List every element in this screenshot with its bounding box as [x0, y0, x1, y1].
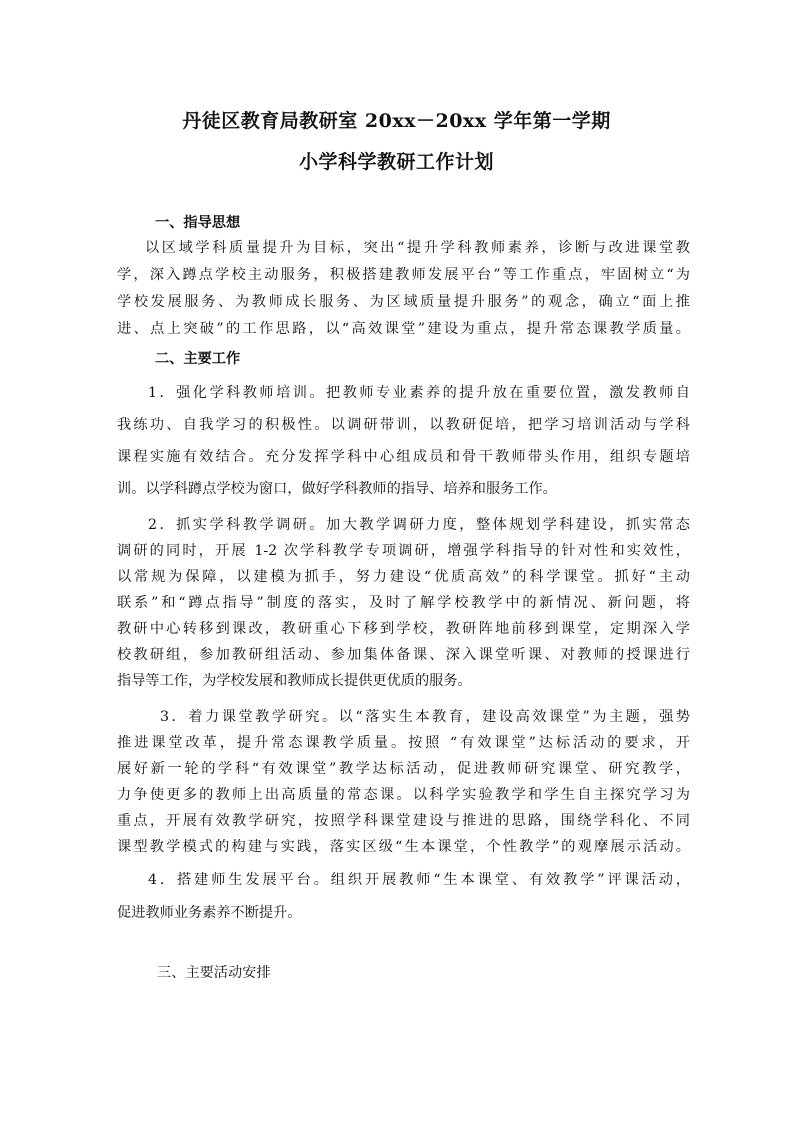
paragraph-line: 以常规为保障，以建模为抓手，努力建设“优质高效”的科学课堂。抓好“主动: [117, 567, 690, 587]
document-page: 丹徒区教育局教研室 20xx－20xx 学年第一学期 小学科学教研工作计划 一、…: [0, 0, 793, 1122]
paragraph-line: 我练功、自我学习的积极性。以调研带训，以教研促培，把学习培训活动与学科: [117, 415, 690, 435]
paragraph-line: 训。以学科蹲点学校为窗口，做好学科教师的指导、培养和服务工作。: [117, 479, 690, 499]
section-heading-main-activities: 三、主要活动安排: [157, 963, 271, 983]
document-title-line1: 丹徒区教育局教研室 20xx－20xx 学年第一学期: [0, 106, 793, 133]
paragraph-line: 重点，开展有效教学研究，按照学科课堂建设与推进的思路，围绕学科化、不同: [117, 811, 690, 831]
section-heading-guiding-ideology: 一、指导思想: [155, 213, 240, 233]
paragraph-line: 3．着力课堂教学研究。以“落实生本教育，建设高效课堂”为主题，强势: [160, 707, 690, 727]
paragraph-line: 课程实施有效结合。充分发挥学科中心组成员和骨干教师带头作用，组织专题培: [117, 447, 690, 467]
paragraph-line: 1．强化学科教师培训。把教师专业素养的提升放在重要位置，激发教师自: [148, 383, 690, 403]
paragraph-line: 2．抓实学科教学调研。加大教学调研力度，整体规划学科建设，抓实常态: [148, 515, 690, 535]
paragraph-line: 进、点上突破”的工作思路，以“高效课堂”建设为重点，提升常态课教学质量。: [117, 319, 690, 339]
paragraph-line: 课型教学模式的构建与实践，落实区级“生本课堂，个性教学”的观摩展示活动。: [117, 837, 690, 857]
paragraph-line: 学，深入蹲点学校主动服务，积极搭建教师发展平台”等工作重点，牢固树立“为: [117, 265, 690, 285]
paragraph-line: 教研中心转移到课改，教研重心下移到学校，教研阵地前移到课堂，定期深入学: [117, 619, 690, 639]
paragraph-line: 推进课堂改革，提升常态课教学质量。按照 “有效课堂”达标活动的要求，开: [117, 733, 690, 753]
section-heading-main-work: 二、主要工作: [155, 349, 240, 369]
paragraph-line: 校教研组，参加教研组活动、参加集体备课、深入课堂听课、对教师的授课进行: [117, 645, 690, 665]
paragraph-line: 展好新一轮的学科“有效课堂”教学达标活动，促进教师研究课堂、研究教学，: [117, 759, 690, 779]
paragraph-line: 指导等工作，为学校发展和教师成长提供更优质的服务。: [117, 671, 690, 691]
paragraph-line: 以区域学科质量提升为目标，突出“提升学科教师素养，诊断与改进课堂教: [145, 238, 690, 258]
document-title-line2: 小学科学教研工作计划: [0, 147, 793, 174]
paragraph-line: 调研的同时，开展 1-2 次学科教学专项调研，增强学科指导的针对性和实效性，: [117, 541, 690, 561]
paragraph-line: 促进教师业务素养不断提升。: [117, 903, 690, 923]
paragraph-line: 联系”和“蹲点指导”制度的落实，及时了解学校教学中的新情况、新问题，将: [117, 593, 690, 613]
paragraph-line: 4．搭建师生发展平台。组织开展教师“生本课堂、有效教学”评课活动，: [148, 870, 690, 890]
paragraph-line: 学校发展服务、为教师成长服务、为区域质量提升服务”的观念，确立“面上推: [117, 292, 690, 312]
paragraph-line: 力争使更多的教师上出高质量的常态课。以科学实验教学和学生自主探究学习为: [117, 785, 690, 805]
